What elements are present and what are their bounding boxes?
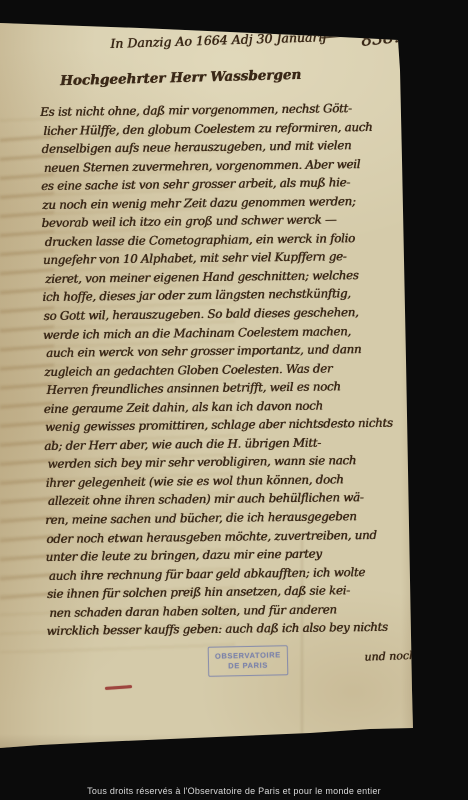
archive-copyright-caption: Tous droits réservés à l'Observatoire de…: [0, 786, 468, 796]
ink-flourish-stroke: [321, 29, 407, 38]
scanned-manuscript-page: { "document": { "header": { "dateline": …: [0, 0, 468, 800]
letter-dateline: In Danzig Ao 1664 Adj 30 Januarij: [110, 29, 326, 51]
handwritten-line: wircklich besser kauffs geben: auch daß …: [46, 618, 420, 641]
manuscript-paper-sheet: In Danzig Ao 1664 Adj 30 Januarij 838. H…: [0, 0, 416, 752]
page-number: 838.: [360, 27, 400, 51]
stamp-line-2: DE PARIS: [228, 661, 268, 672]
letter-greeting: Hochgeehrter Herr Wassbergen: [60, 67, 302, 89]
letter-body: Es ist nicht ohne, daß mir vorgenommen, …: [40, 98, 421, 640]
observatoire-de-paris-stamp: OBSERVATOIRE DE PARIS: [208, 645, 289, 677]
red-pencil-mark: [105, 685, 132, 690]
catchword: und noch: [352, 649, 416, 664]
